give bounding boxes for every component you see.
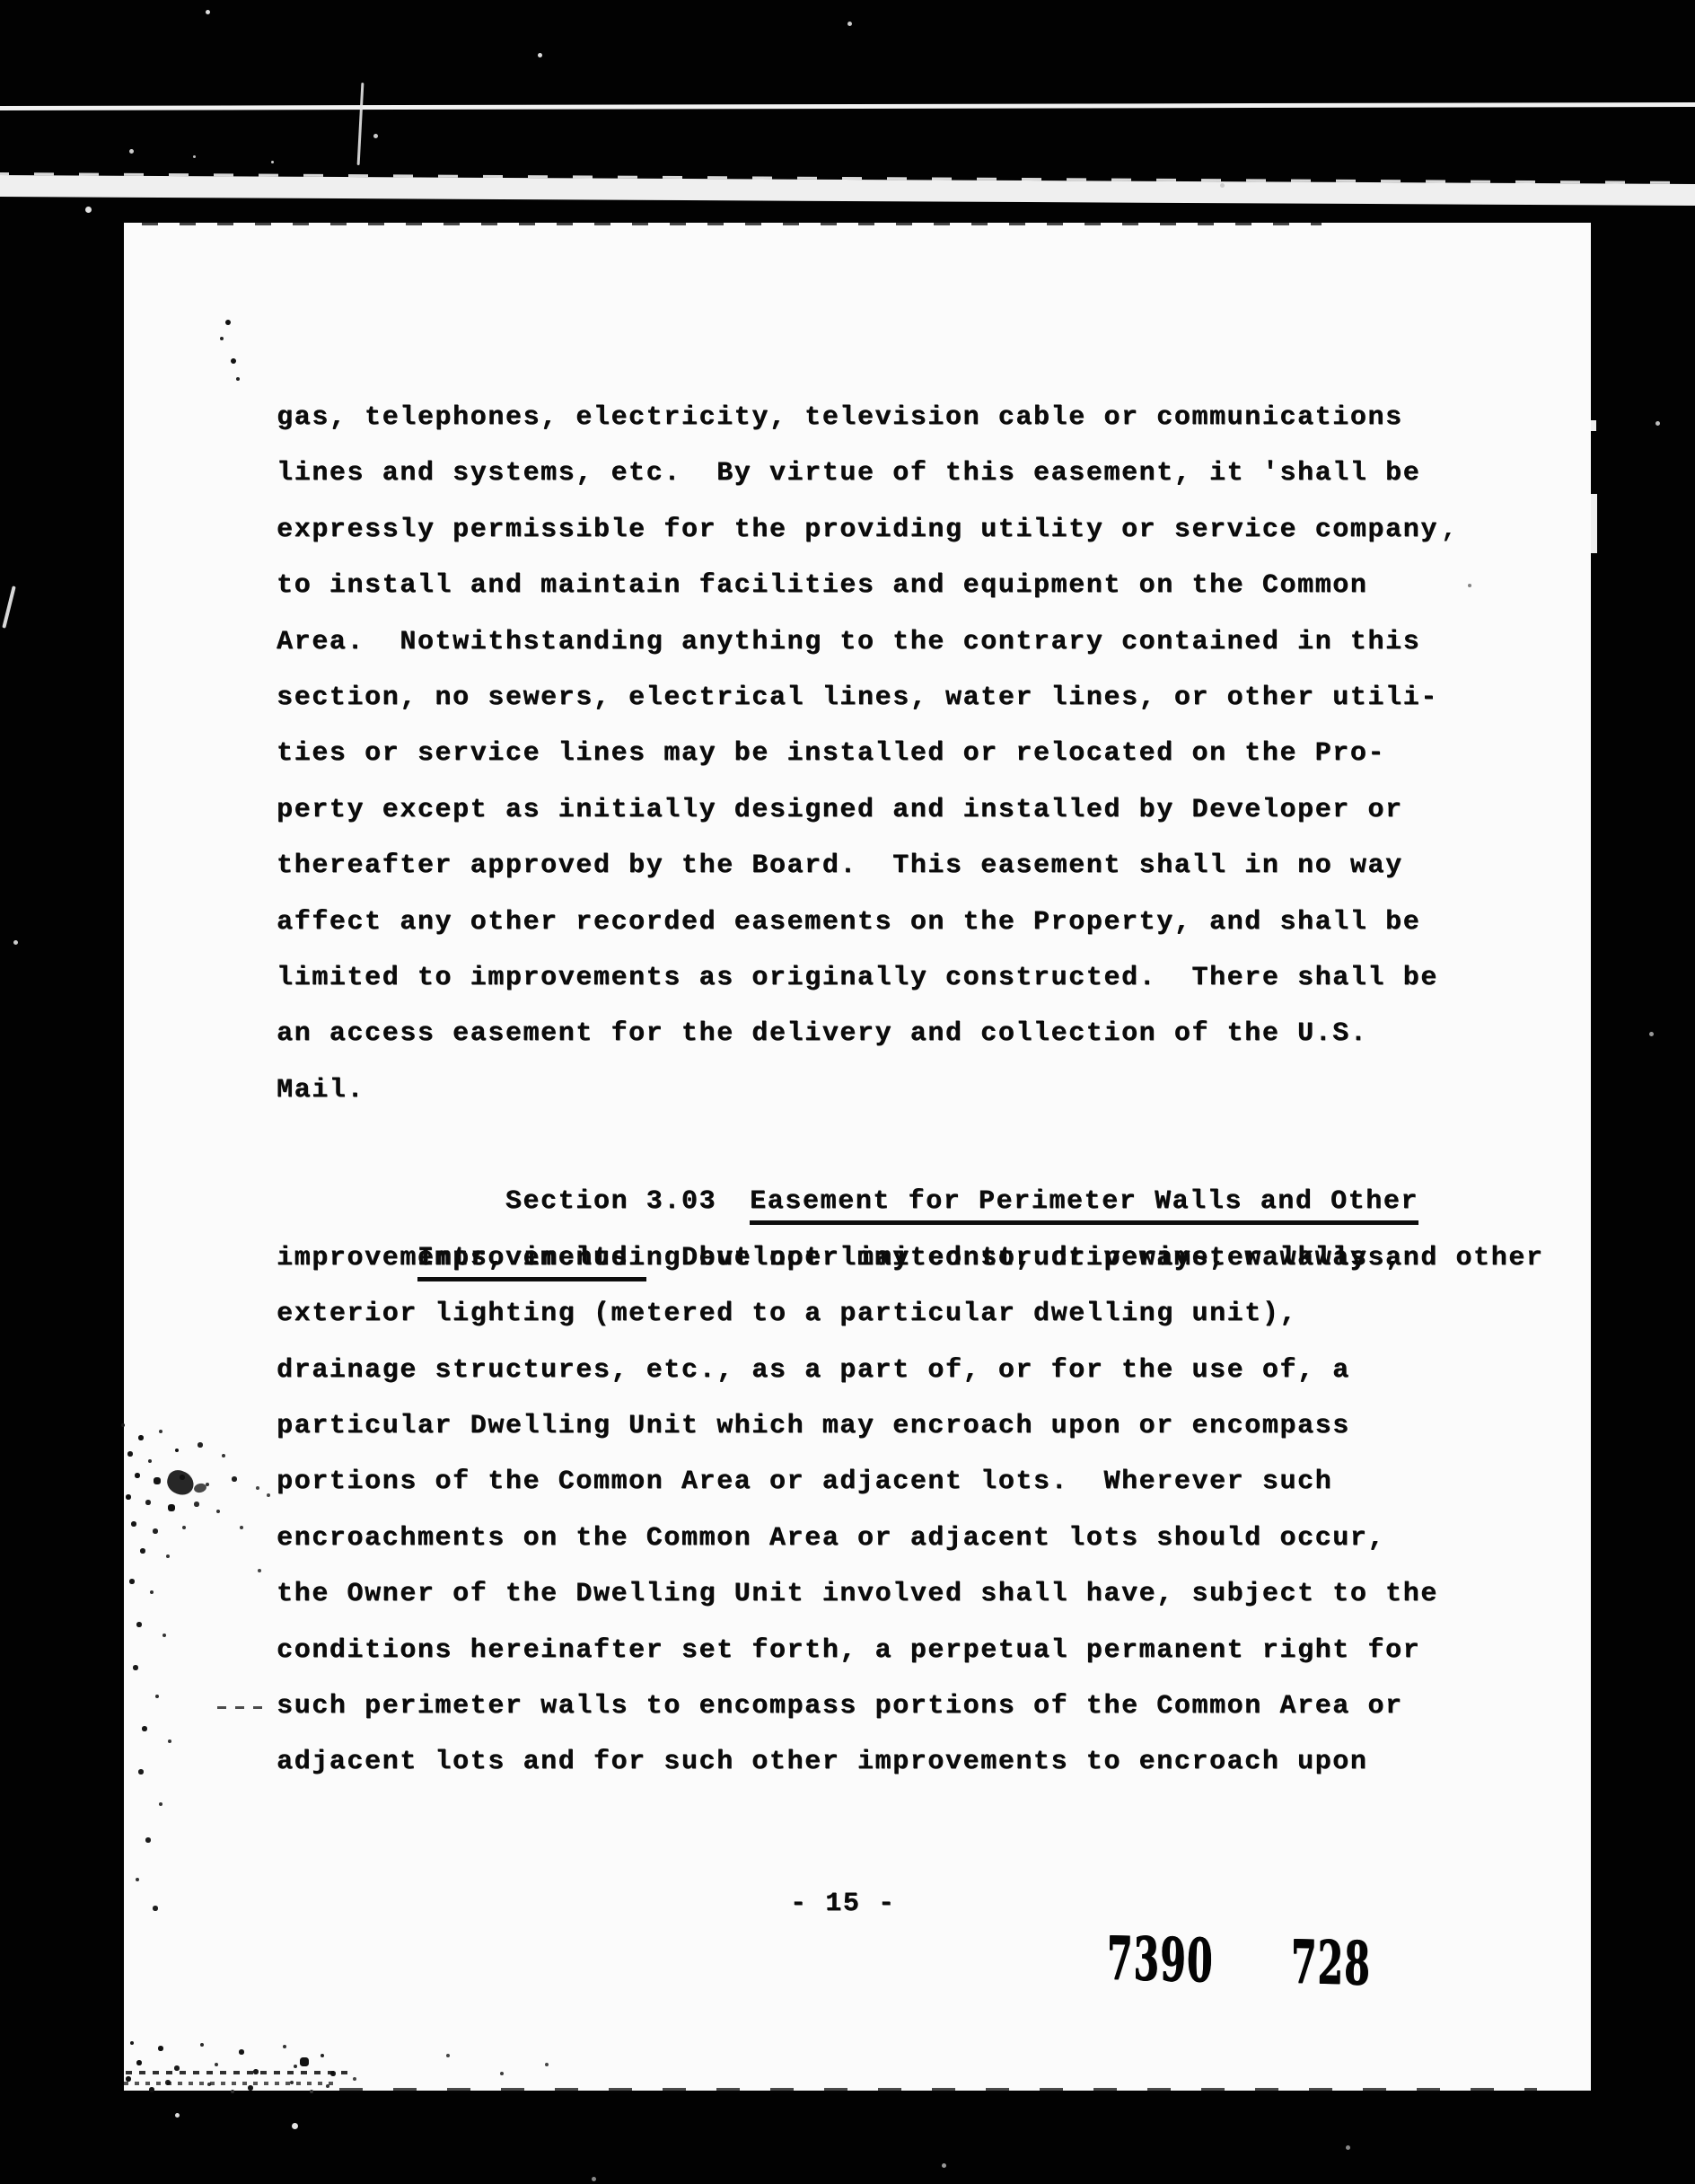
scan-artifact-band [0, 175, 1695, 206]
text-line: conditions hereinafter set forth, a perp… [277, 1623, 1471, 1678]
text-line: section, no sewers, electrical lines, wa… [277, 670, 1471, 726]
photocopy-noise-row [126, 2071, 352, 2074]
scan-scratch-mark [357, 83, 364, 165]
section-title-underlined: Easement for Perimeter Walls and Other [750, 1186, 1418, 1225]
text-line: exterior lighting (metered to a particul… [277, 1286, 1471, 1342]
text-line: the Owner of the Dwelling Unit involved … [277, 1566, 1471, 1622]
text-line: limited to improvements as originally co… [277, 950, 1471, 1006]
page-number: - 15 - [790, 1876, 896, 1932]
body-text: gas, telephones, electricity, television… [277, 390, 1471, 1791]
photocopy-noise [124, 223, 126, 225]
section-heading-line: Section 3.03Easement for Perimeter Walls… [277, 1118, 1471, 1174]
recorder-stamp-book-number: 7390 [1106, 1928, 1213, 1990]
text-line: adjacent lots and for such other improve… [277, 1734, 1471, 1790]
text-line: perty except as initially designed and i… [277, 782, 1471, 838]
recorder-stamp-page-number: 728 [1290, 1932, 1371, 1993]
text-line: such perimeter walls to encompass portio… [277, 1678, 1471, 1734]
text-line: portions of the Common Area or adjacent … [277, 1454, 1471, 1510]
text-line: encroachments on the Common Area or adja… [277, 1510, 1471, 1566]
stray-dash-marks [217, 1706, 271, 1709]
ink-blob [193, 1483, 207, 1494]
stray-ink-dot [1468, 584, 1471, 587]
scan-artifact-thin-line [0, 102, 1695, 110]
text-line: drainage structures, etc., as a part of,… [277, 1343, 1471, 1398]
text-line: affect any other recorded easements on t… [277, 894, 1471, 950]
scanned-document-canvas: gas, telephones, electricity, television… [0, 0, 1695, 2184]
text-line: an access easement for the delivery and … [277, 1006, 1471, 1061]
margin-slash-mark [2, 586, 15, 629]
stray-comma-mark: , [1441, 502, 1457, 558]
ink-blob [164, 1467, 198, 1498]
text-line: lines and systems, etc. By virtue of thi… [277, 445, 1471, 501]
text-line: Mail. [277, 1062, 1471, 1118]
text-line: expressly permissible for the providing … [277, 502, 1471, 558]
document-page: gas, telephones, electricity, television… [124, 223, 1591, 2091]
text-line: thereafter approved by the Board. This e… [277, 838, 1471, 894]
dust-specks [0, 0, 3, 3]
text-line: ties or service lines may be installed o… [277, 726, 1471, 781]
text-line: improvements, including but not limited … [277, 1230, 1471, 1286]
text-line: to install and maintain facilities and e… [277, 558, 1471, 613]
text-line: particular Dwelling Unit which may encro… [277, 1398, 1471, 1454]
photocopy-noise-row [124, 2082, 339, 2085]
text-line: Area. Notwithstanding anything to the co… [277, 614, 1471, 670]
text-line: gas, telephones, electricity, television… [277, 390, 1471, 445]
section-number: Section 3.03 [505, 1186, 716, 1217]
